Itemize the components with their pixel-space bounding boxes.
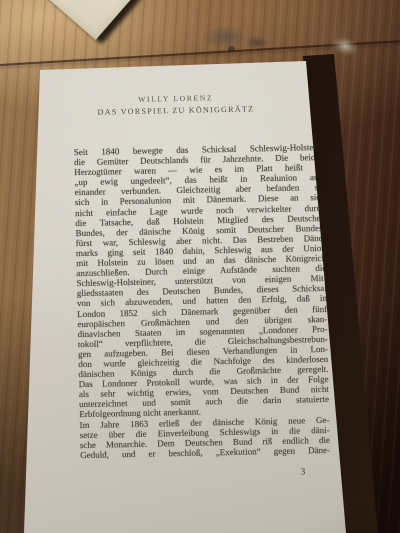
wood-stain <box>228 46 235 52</box>
wood-stain <box>245 36 269 49</box>
page-number: 3 <box>300 467 305 477</box>
wood-stain <box>203 27 247 47</box>
paragraph: Seit 1840 bewegte das Schicksal Schleswi… <box>74 142 330 420</box>
page-body-text: Seit 1840 bewegte das Schicksal Schleswi… <box>74 142 330 460</box>
heading-title: DAS VORSPIEL ZU KÖNIGGRÄTZ <box>35 103 317 118</box>
page-content: WILLY LORENZ DAS VORSPIEL ZU KÖNIGGRÄTZ … <box>34 60 326 533</box>
paragraph: Im Jahre 1863 erließ der dänische König … <box>79 414 330 460</box>
page-heading: WILLY LORENZ DAS VORSPIEL ZU KÖNIGGRÄTZ <box>35 91 317 118</box>
photo-of-open-book: WILLY LORENZ DAS VORSPIEL ZU KÖNIGGRÄTZ … <box>0 0 400 533</box>
